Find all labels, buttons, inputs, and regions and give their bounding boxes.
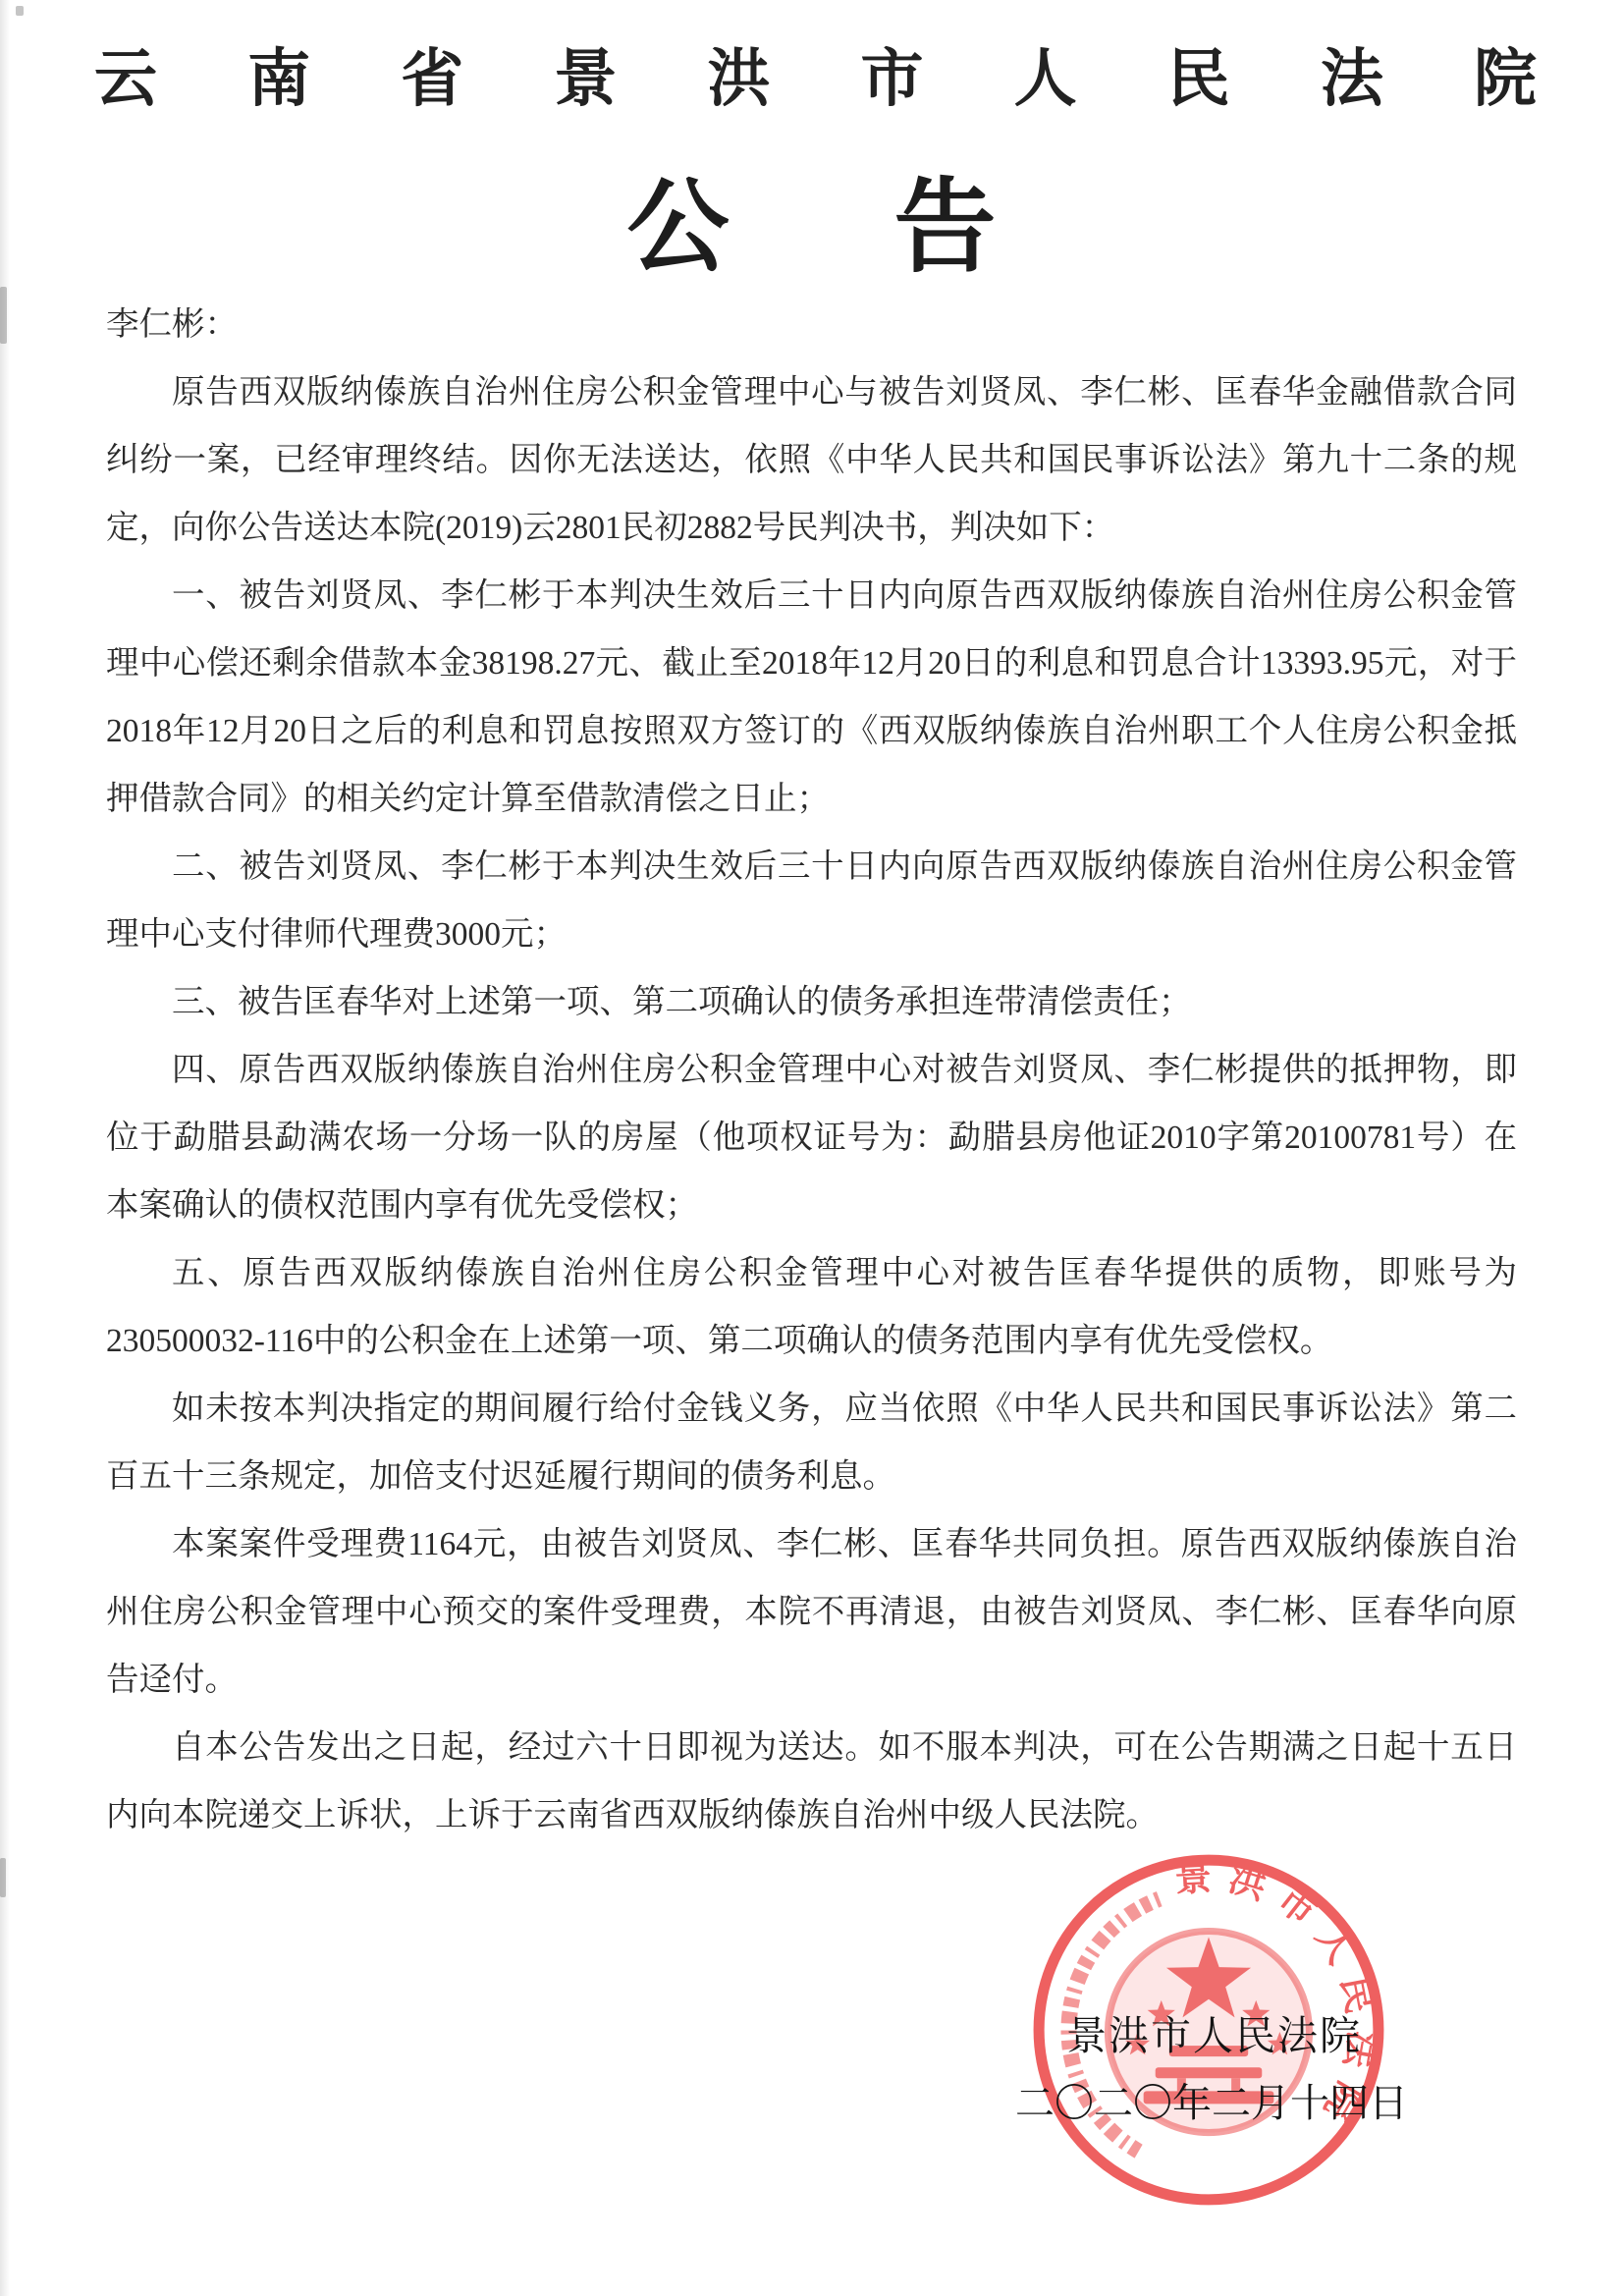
doc-title-char: 公: [626, 165, 729, 293]
salutation: 李仁彬：: [106, 291, 1517, 358]
paragraph: 本案案件受理费1164元，由被告刘贤凤、李仁彬、匡春华共同负担。原告西双版纳傣族…: [106, 1510, 1517, 1714]
signature-date: 二〇二〇年二月十四日: [1015, 2072, 1408, 2128]
paragraph: 如未按本判决指定的期间履行给付金钱义务，应当依照《中华人民共和国民事诉讼法》第二…: [106, 1375, 1517, 1510]
court-title-char: 人: [1014, 43, 1077, 116]
paragraph: 五、原告西双版纳傣族自治州住房公积金管理中心对被告匡春华提供的质物，即账号为23…: [106, 1239, 1517, 1375]
court-title-char: 云: [94, 43, 157, 116]
paragraph: 原告西双版纳傣族自治州住房公积金管理中心与被告刘贤凤、李仁彬、匡春华金融借款合同…: [106, 358, 1517, 562]
court-title-char: 市: [861, 43, 924, 116]
signature-court: 景洪市人民法院: [1066, 2003, 1362, 2061]
paragraph-list: 原告西双版纳傣族自治州住房公积金管理中心与被告刘贤凤、李仁彬、匡春华金融借款合同…: [106, 358, 1517, 1849]
court-title-char: 院: [1474, 43, 1537, 116]
paragraph: 一、被告刘贤凤、李仁彬于本判决生效后三十日内向原告西双版纳傣族自治州住房公积金管…: [106, 562, 1517, 833]
scan-smudge: [0, 287, 7, 344]
scan-edge-shade: [0, 0, 10, 2296]
court-title-char: 洪: [707, 43, 770, 116]
announcement-body: 李仁彬： 原告西双版纳傣族自治州住房公积金管理中心与被告刘贤凤、李仁彬、匡春华金…: [106, 291, 1517, 1849]
paragraph: 二、被告刘贤凤、李仁彬于本判决生效后三十日内向原告西双版纳傣族自治州住房公积金管…: [106, 833, 1517, 968]
court-title-char: 民: [1167, 43, 1230, 116]
paragraph: 三、被告匡春华对上述第一项、第二项确认的债务承担连带清偿责任；: [106, 968, 1517, 1036]
scan-smudge: [16, 6, 24, 16]
paragraph: 四、原告西双版纳傣族自治州住房公积金管理中心对被告刘贤凤、李仁彬提供的抵押物，即…: [106, 1036, 1517, 1239]
court-title-char: 省: [401, 43, 463, 116]
court-title-char: 南: [247, 43, 310, 116]
doc-title: 公告: [0, 165, 1623, 293]
court-title-char: 景: [554, 43, 617, 116]
court-announcement-page: 云南省景洪市人民法院 公告 李仁彬： 原告西双版纳傣族自治州住房公积金管理中心与…: [0, 0, 1623, 2296]
court-title: 云南省景洪市人民法院: [94, 43, 1537, 116]
doc-title-char: 告: [894, 165, 997, 293]
court-title-char: 法: [1321, 43, 1383, 116]
paragraph: 自本公告发出之日起，经过六十日即视为送达。如不服本判决，可在公告期满之日起十五日…: [106, 1714, 1517, 1849]
scan-smudge: [0, 1858, 6, 1897]
